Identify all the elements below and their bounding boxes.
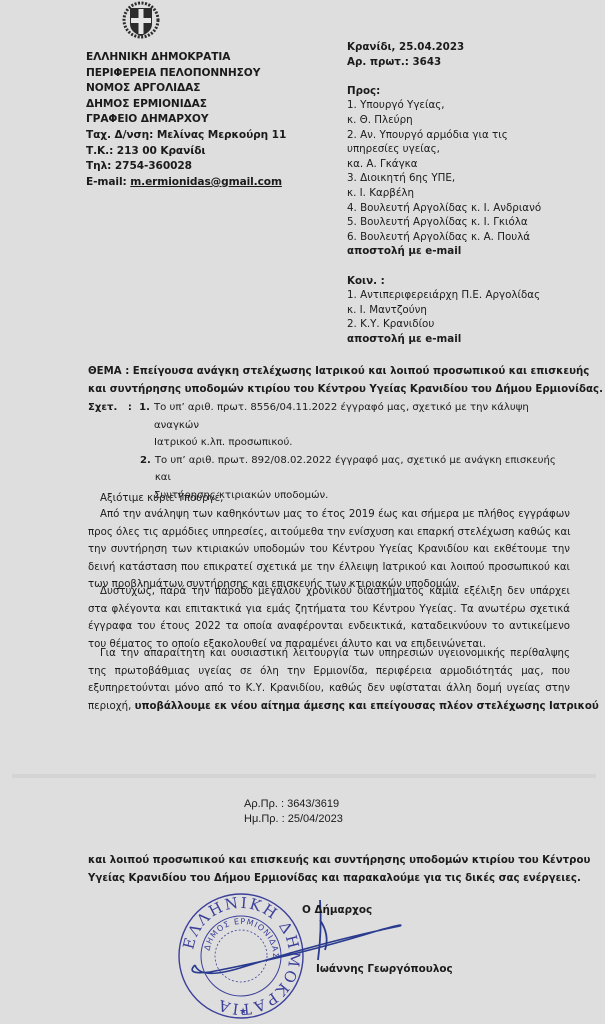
request-emphasis: υποβάλλουμε εκ νέου αίτημα άμεσης και επ… (135, 701, 599, 712)
protocol-stamp-date: Ημ.Πρ. : 25/04/2023 (244, 812, 343, 827)
issuer-line: ΓΡΑΦΕΙΟ ΔΗΜΑΡΧΟΥ (86, 112, 286, 128)
recipient-line: 3. Διοικητή 6ης ΥΠΕ, (347, 171, 541, 186)
signer-title: Ο Δήμαρχος (302, 904, 372, 916)
recipient-line: 5. Βουλευτή Αργολίδας κ. Ι. Γκιόλα (347, 215, 541, 230)
references: Σχετ. : 1. Το υπ’ αριθ. πρωτ. 8556/04.11… (88, 399, 570, 505)
postal-code: Τ.Κ.: 213 00 Κρανίδι (86, 144, 286, 160)
reference-text: Το υπ’ αριθ. πρωτ. 892/08.02.2022 έγγραφ… (155, 452, 570, 487)
email-link[interactable]: m.ermionidas@gmail.com (130, 176, 282, 188)
reference-number: 1. (139, 399, 150, 434)
recipient-line: 1. Υπουργό Υγείας, (347, 98, 541, 113)
issuer-line: ΔΗΜΟΣ ΕΡΜΙΟΝΙΔΑΣ (86, 97, 286, 113)
recipient-line: κα. Α. Γκάγκα (347, 157, 541, 172)
svg-text:★: ★ (239, 1007, 247, 1017)
cc-line: κ. Ι. Μαντζούνη (347, 303, 541, 318)
protocol-number: Αρ. πρωτ.: 3643 (347, 55, 541, 70)
reference-text: Το υπ’ αριθ. πρωτ. 8556/04.11.2022 έγγρα… (154, 399, 570, 434)
recipient-line: 4. Βουλευτή Αργολίδας κ. Ι. Ανδριανό (347, 201, 541, 216)
cc-label: Κοιν. : (347, 274, 541, 289)
recipient-line: κ. Θ. Πλεύρη (347, 113, 541, 128)
coat-of-arms-icon (118, 0, 164, 40)
email-label: E-mail: (86, 176, 130, 188)
phone: Τηλ: 2754-360028 (86, 159, 286, 175)
place-date: Κρανίδι, 25.04.2023 (347, 40, 541, 55)
page-break-divider (12, 774, 596, 778)
recipient-line: 2. Αν. Υπουργό αρμόδια για τις (347, 128, 541, 143)
recipient-line: 6. Βουλευτή Αργολίδας κ. Α. Πουλά (347, 230, 541, 245)
issuer-line: ΝΟΜΟΣ ΑΡΓΟΛΙΔΑΣ (86, 81, 286, 97)
reference-item: Σχετ. : 1. Το υπ’ αριθ. πρωτ. 8556/04.11… (88, 399, 570, 434)
references-label: Σχετ. : (88, 399, 139, 434)
recipient-line: υπηρεσίες υγείας, (347, 142, 541, 157)
reference-text-cont: Ιατρικού κ.λπ. προσωπικού. (88, 434, 570, 452)
protocol-stamp-number: Αρ.Πρ. : 3643/3619 (244, 797, 343, 812)
cc-delivery: αποστολή με e-mail (347, 332, 541, 347)
recipients-label: Προς: (347, 84, 541, 99)
issuer-line: ΠΕΡΙΦΕΡΕΙΑ ΠΕΛΟΠΟΝΝΗΣΟΥ (86, 66, 286, 82)
issuer-block: ΕΛΛΗΝΙΚΗ ΔΗΜΟΚΡΑΤΙΑ ΠΕΡΙΦΕΡΕΙΑ ΠΕΛΟΠΟΝΝΗ… (86, 50, 286, 190)
address: Ταχ. Δ/νση: Μελίνας Μερκούρη 11 (86, 128, 286, 144)
email-row: E-mail: m.ermionidas@gmail.com (86, 175, 286, 191)
subject-line: και συντήρησης υποδομών κτιρίου του Κέντ… (88, 381, 570, 399)
cc-line: 2. Κ.Υ. Κρανιδίου (347, 317, 541, 332)
reference-item: 2. Το υπ’ αριθ. πρωτ. 892/08.02.2022 έγγ… (88, 452, 570, 487)
recipient-block: Κρανίδι, 25.04.2023 Αρ. πρωτ.: 3643 Προς… (347, 40, 541, 346)
signature-icon (180, 890, 410, 990)
paragraph-1: Από την ανάληψη των καθηκόντων μας το έτ… (88, 506, 570, 594)
continuation-paragraph: και λοιπού προσωπικού και επισκευής και … (88, 852, 570, 887)
issuer-line: ΕΛΛΗΝΙΚΗ ΔΗΜΟΚΡΑΤΙΑ (86, 50, 286, 66)
recipients-delivery: αποστολή με e-mail (347, 244, 541, 259)
signer-name: Ιωάννης Γεωργόπουλος (316, 963, 453, 975)
subject-line: ΘΕΜΑ : Επείγουσα ανάγκη στελέχωσης Ιατρι… (88, 363, 570, 381)
recipient-line: κ. Ι. Καρβέλη (347, 186, 541, 201)
greeting: Αξιότιμε κύριε Υπουργέ, (88, 490, 570, 508)
paragraph-3: Για την απαραίτητη και ουσιαστική λειτου… (88, 645, 570, 715)
paragraph-2: Δυστυχώς, παρά την πάροδο μεγάλου χρονικ… (88, 583, 570, 653)
cc-line: 1. Αντιπεριφερειάρχη Π.Ε. Αργολίδας (347, 288, 541, 303)
subject: ΘΕΜΑ : Επείγουσα ανάγκη στελέχωσης Ιατρι… (88, 363, 570, 398)
reference-number: 2. (140, 452, 151, 487)
protocol-stamp: Αρ.Πρ. : 3643/3619 Ημ.Πρ. : 25/04/2023 (244, 797, 343, 826)
